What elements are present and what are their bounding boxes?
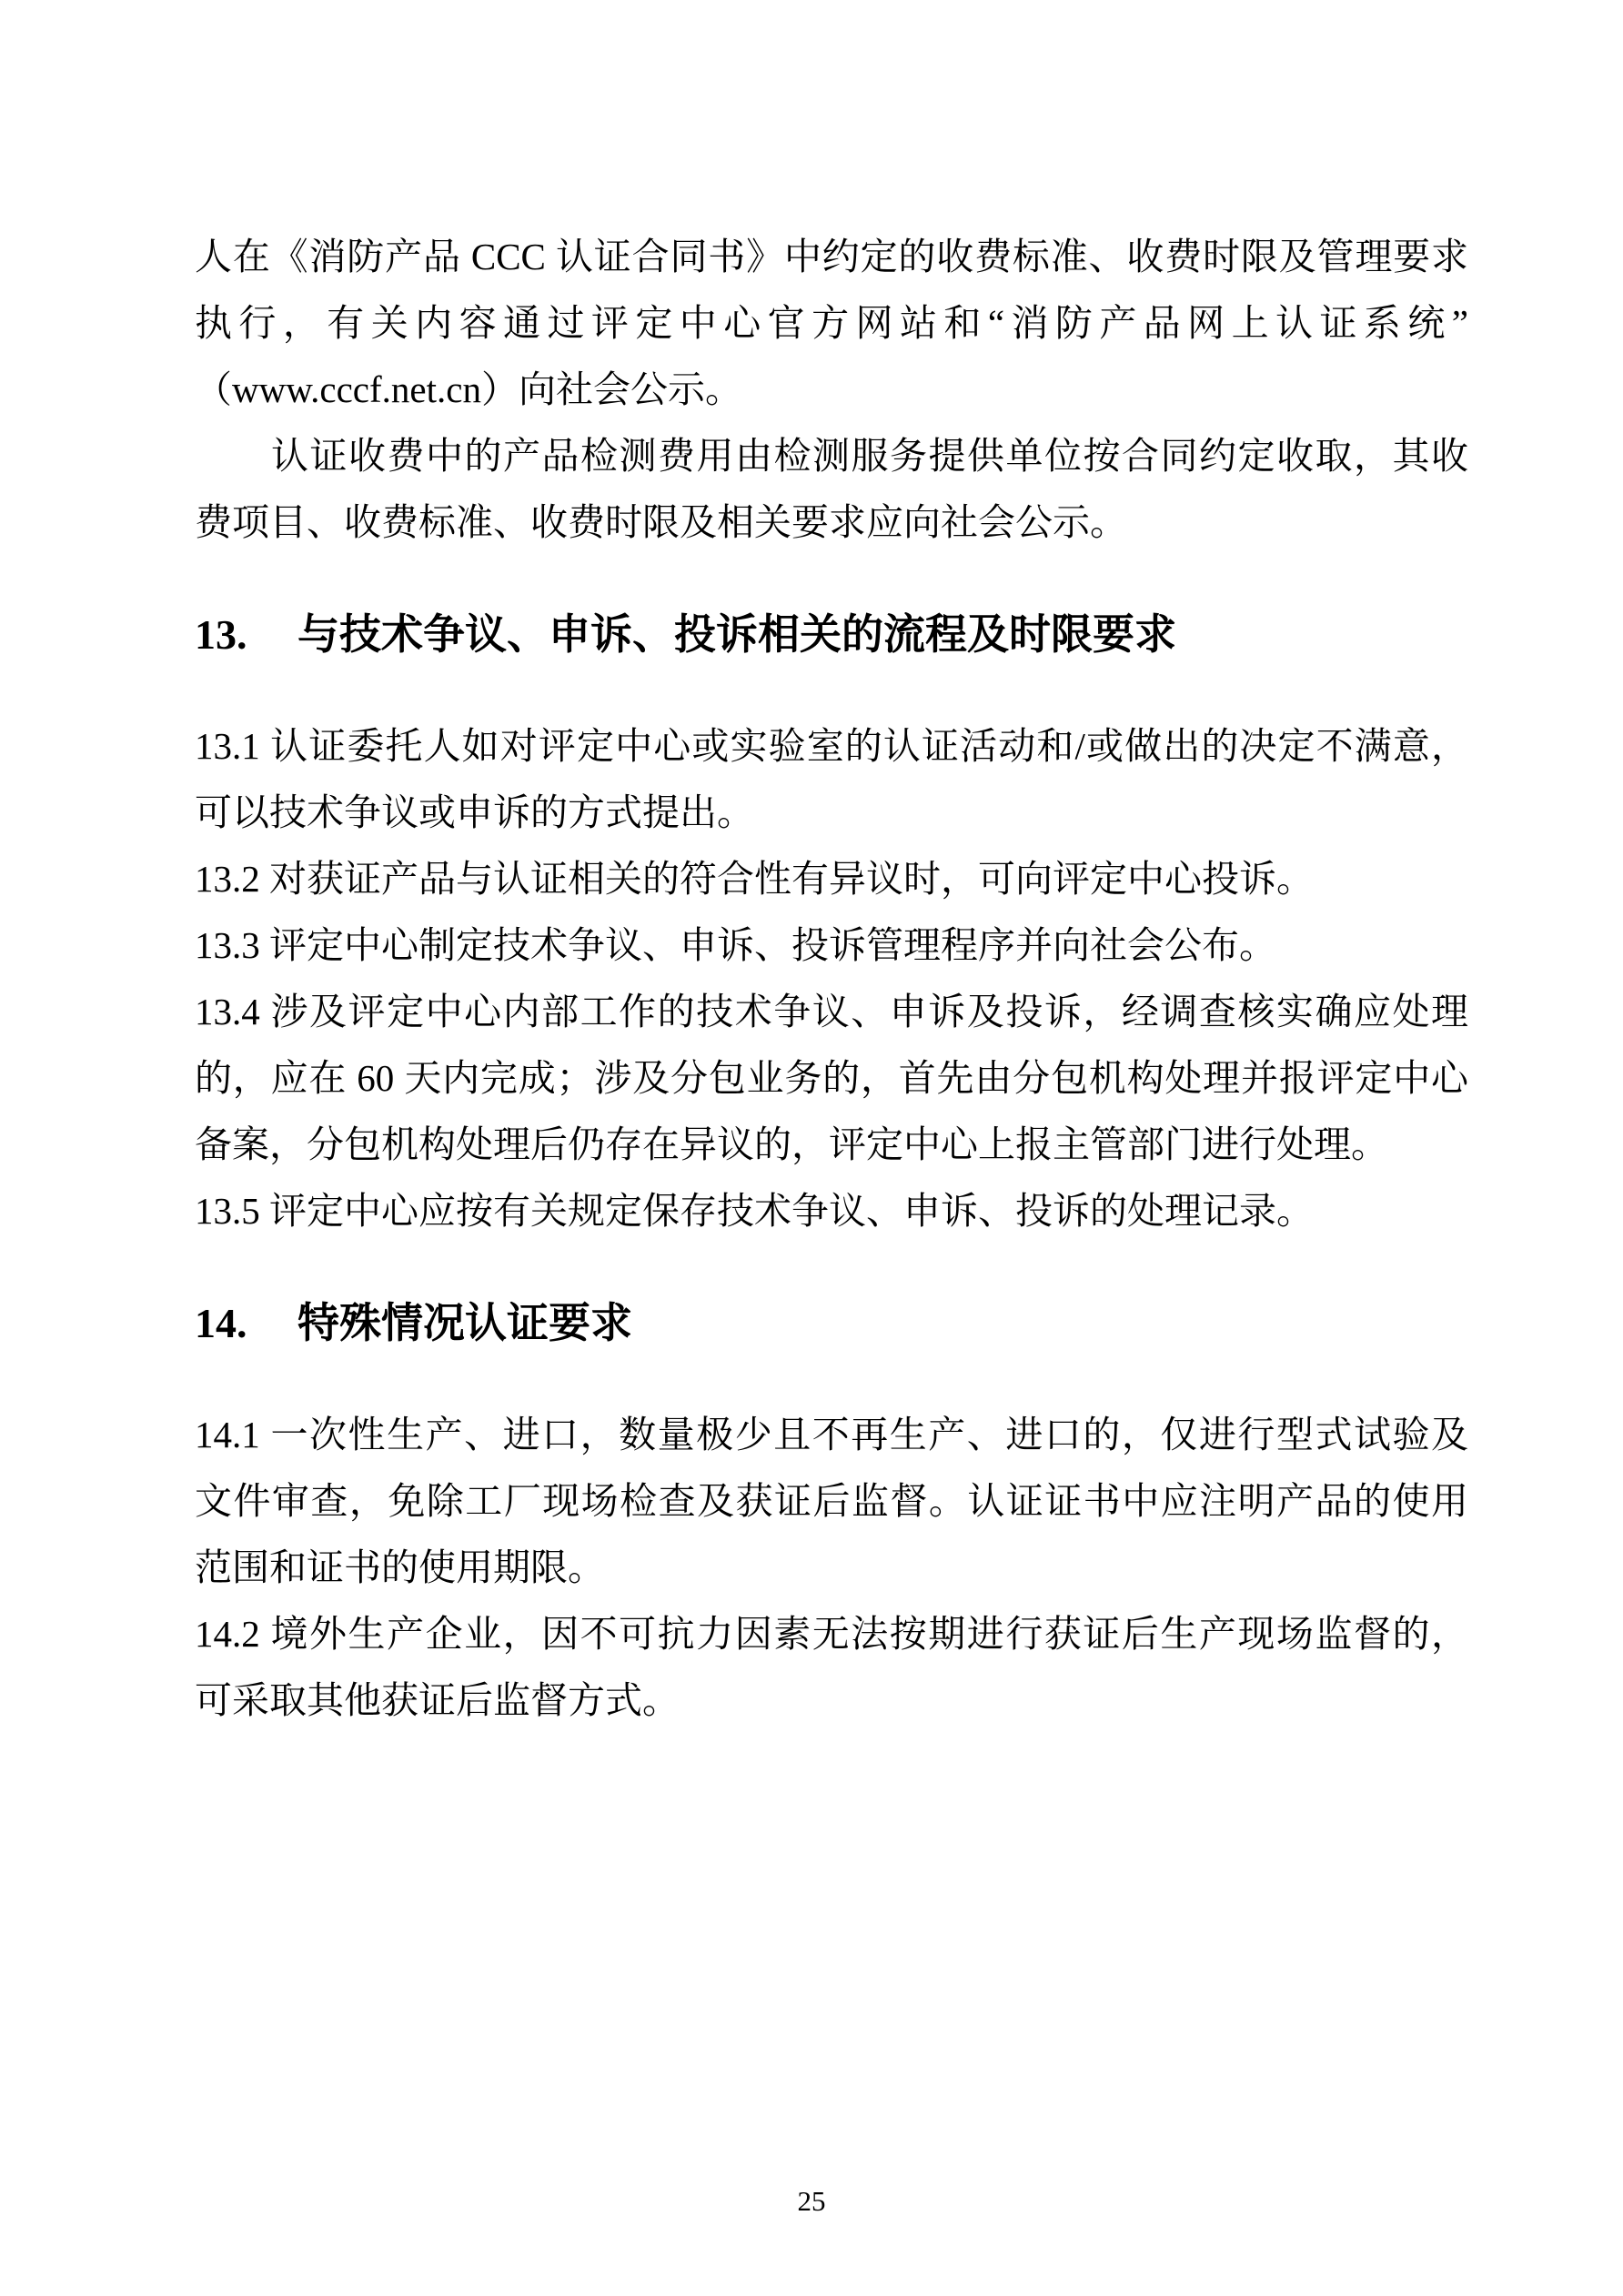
section-heading-14: 14.特殊情况认证要求 xyxy=(195,1290,1468,1356)
section-title: 特殊情况认证要求 xyxy=(297,1300,632,1346)
text-line: 人在《消防产品 CCC 认证合同书》中约定的收费标准、收费时限及管理要求 xyxy=(195,224,1468,290)
clause-13-5: 13.5 评定中心应按有关规定保存技术争议、申诉、投诉的处理记录。 xyxy=(195,1178,1468,1244)
text-line: 13.1 认证委托人如对评定中心或实验室的认证活动和/或做出的决定不满意， xyxy=(195,713,1468,780)
clause-13-4: 13.4 涉及评定中心内部工作的技术争议、申诉及投诉，经调查核实确应处理 的，应… xyxy=(195,979,1468,1178)
clause-13-1: 13.1 认证委托人如对评定中心或实验室的认证活动和/或做出的决定不满意， 可以… xyxy=(195,713,1468,846)
paragraph-testing-fees: 认证收费中的产品检测费用由检测服务提供单位按合同约定收取，其收 费项目、收费标准… xyxy=(195,423,1468,556)
text-line: 13.2 对获证产品与认证相关的符合性有异议时，可向评定中心投诉。 xyxy=(195,846,1468,912)
text-line: 13.5 评定中心应按有关规定保存技术争议、申诉、投诉的处理记录。 xyxy=(195,1178,1468,1244)
text-line: 可采取其他获证后监督方式。 xyxy=(195,1667,1468,1734)
document-page: 人在《消防产品 CCC 认证合同书》中约定的收费标准、收费时限及管理要求 执行，… xyxy=(0,0,1623,2296)
section-number: 13. xyxy=(195,601,297,668)
text-line: 执行，有关内容通过评定中心官方网站和“消防产品网上认证系统” xyxy=(195,290,1468,357)
clause-14-2: 14.2 境外生产企业，因不可抗力因素无法按期进行获证后生产现场监督的， 可采取… xyxy=(195,1601,1468,1734)
page-number: 25 xyxy=(0,2181,1623,2221)
text-line: 文件审查，免除工厂现场检查及获证后监督。认证证书中应注明产品的使用 xyxy=(195,1468,1468,1535)
section-heading-13: 13.与技术争议、申诉、投诉相关的流程及时限要求 xyxy=(195,601,1468,668)
text-line: 的，应在 60 天内完成；涉及分包业务的，首先由分包机构处理并报评定中心 xyxy=(195,1045,1468,1112)
text-line: 费项目、收费标准、收费时限及相关要求应向社会公示。 xyxy=(195,489,1468,556)
clause-13-2: 13.2 对获证产品与认证相关的符合性有异议时，可向评定中心投诉。 xyxy=(195,846,1468,912)
paragraph-fee-standards: 人在《消防产品 CCC 认证合同书》中约定的收费标准、收费时限及管理要求 执行，… xyxy=(195,224,1468,423)
page-content: 人在《消防产品 CCC 认证合同书》中约定的收费标准、收费时限及管理要求 执行，… xyxy=(195,224,1468,1734)
clause-14-1: 14.1 一次性生产、进口，数量极少且不再生产、进口的，仅进行型式试验及 文件审… xyxy=(195,1402,1468,1601)
text-line: 13.3 评定中心制定技术争议、申诉、投诉管理程序并向社会公布。 xyxy=(195,912,1468,979)
text-line: 备案，分包机构处理后仍存在异议的，评定中心上报主管部门进行处理。 xyxy=(195,1112,1468,1178)
clause-13-3: 13.3 评定中心制定技术争议、申诉、投诉管理程序并向社会公布。 xyxy=(195,912,1468,979)
text-line: 13.4 涉及评定中心内部工作的技术争议、申诉及投诉，经调查核实确应处理 xyxy=(195,979,1468,1045)
text-line: 可以技术争议或申诉的方式提出。 xyxy=(195,780,1468,846)
text-line: 认证收费中的产品检测费用由检测服务提供单位按合同约定收取，其收 xyxy=(195,423,1468,489)
text-line: （www.cccf.net.cn）向社会公示。 xyxy=(195,357,1468,423)
text-line: 范围和证书的使用期限。 xyxy=(195,1535,1468,1601)
text-line: 14.1 一次性生产、进口，数量极少且不再生产、进口的，仅进行型式试验及 xyxy=(195,1402,1468,1468)
section-title: 与技术争议、申诉、投诉相关的流程及时限要求 xyxy=(297,611,1176,658)
section-number: 14. xyxy=(195,1290,297,1356)
text-line: 14.2 境外生产企业，因不可抗力因素无法按期进行获证后生产现场监督的， xyxy=(195,1601,1468,1667)
